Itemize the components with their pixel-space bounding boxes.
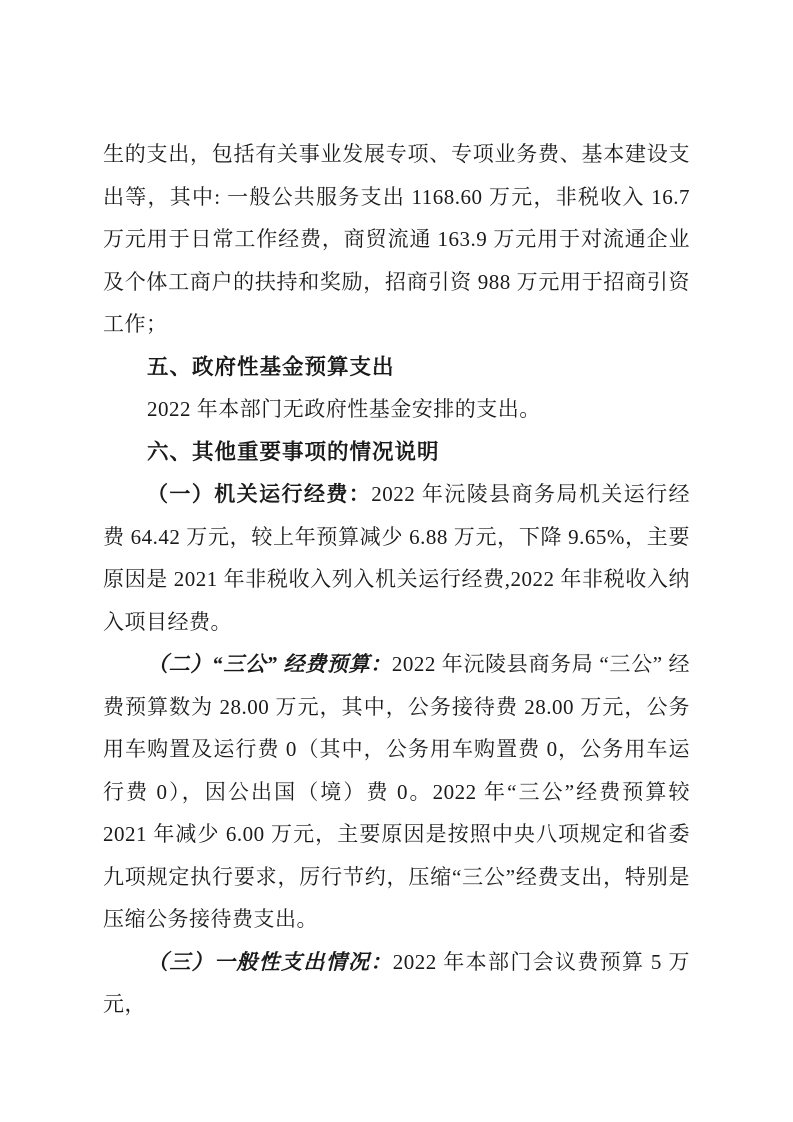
section-heading: 六、其他重要事项的情况说明 [103,431,690,474]
paragraph: 生的支出，包括有关事业发展专项、专项业务费、基本建设支出等，其中: 一般公共服务… [103,133,690,346]
paragraph-lead: （三）一般性支出情况： [147,950,393,974]
paragraph: （一）机关运行经费：2022 年沅陵县商务局机关运行经费 64.42 万元，较上… [103,473,690,643]
paragraph: （二）“三公” 经费预算：2022 年沅陵县商务局 “三公” 经费预算数为 28… [103,643,690,941]
paragraph-lead: （二）“三公” 经费预算： [147,652,392,676]
document-body: 生的支出，包括有关事业发展专项、专项业务费、基本建设支出等，其中: 一般公共服务… [103,133,690,1026]
paragraph-lead: （一）机关运行经费： [147,482,371,506]
paragraph: 2022 年本部门无政府性基金安排的支出。 [103,388,690,431]
paragraph: （三）一般性支出情况：2022 年本部门会议费预算 5 万元， [103,941,690,1026]
section-heading: 五、政府性基金预算支出 [103,346,690,389]
document-page: 生的支出，包括有关事业发展专项、专项业务费、基本建设支出等，其中: 一般公共服务… [0,0,793,1122]
